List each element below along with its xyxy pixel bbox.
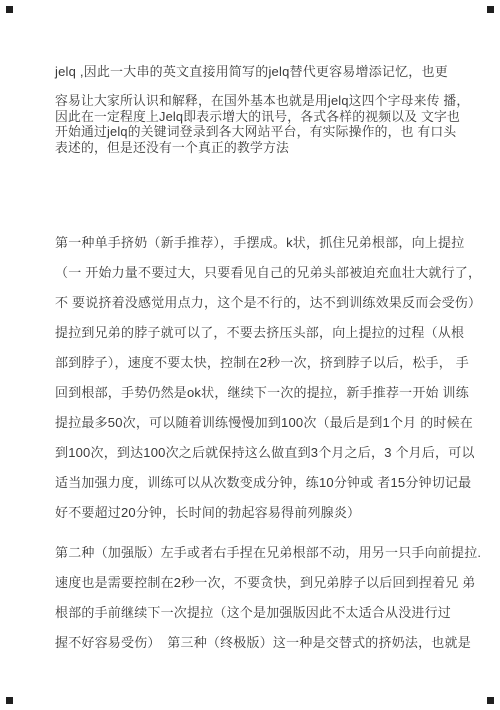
text-line: jelq ,因此一大串的英文直接用简写的jelq替代更容易增添记忆，也更 [55,62,465,82]
corner-mark-bottom-right [487,697,494,704]
text-line: 提拉最多50次，可以随着训练慢慢加到100次（最后是到1个月 的时候在 [55,408,465,438]
paragraph-method-two-three: 第二种（加强版）左手或者右手捏在兄弟根部不动，用另一只手向前提拉. 速度也是需要… [55,538,465,658]
text-line: 表述的，但是还没有一个真正的教学方法 [55,140,465,156]
corner-mark-top-left [6,6,13,13]
text-line: 握不好容易受伤） 第三种（终极版）这一种是交替式的挤奶法，也就是 [55,628,465,658]
text-line: 因此在一定程度上Jelq即表示增大的讯号，各式各样的视频以及 文字也 [55,109,465,125]
text-line: 到100次，到达100次之后就保持这么做直到3个月之后，3 个月后，可以 [55,438,465,468]
corner-mark-bottom-left [6,697,13,704]
text-line: 好不要超过20分钟，长时间的勃起容易得前列腺炎） [55,498,465,528]
paragraph-method-one: 第一种单手挤奶（新手推荐），手摆成。k状，抓住兄弟根部，向上提拉 （一 开始力量… [55,228,465,528]
text-line: 部到脖子），速度不要太快，控制在2秒一次，挤到脖子以后，松手， 手 [55,348,465,378]
text-line: 开始通过jelq的关键词登录到各大网站平台，有实际操作的，也 有口头 [55,124,465,140]
paragraph-intro-body: 容易让大家所认识和解释，在国外基本也就是用jelq这四个字母来传 播， 因此在一… [55,93,465,155]
text-line: （一 开始力量不要过大，只要看见自己的兄弟头部被迫充血壮大就行了， [55,258,465,288]
text-line: 不 要说挤着没感觉用点力，这个是不行的，达不到训练效果反而会受伤） [55,288,465,318]
paragraph-intro: jelq ,因此一大串的英文直接用简写的jelq替代更容易增添记忆，也更 [55,62,465,82]
text-line: 第二种（加强版）左手或者右手捏在兄弟根部不动，用另一只手向前提拉. [55,538,465,568]
text-line: 适当加强力度，训练可以从次数变成分钟，练10分钟或 者15分钟切记最 [55,468,465,498]
text-line: 回到根部，手势仍然是ok状，继续下一次的提拉，新手推荐一开始 训练 [55,378,465,408]
text-line: 提拉到兄弟的脖子就可以了，不要去挤压头部，向上提拉的过程（从根 [55,318,465,348]
text-line: 速度也是需要控制在2秒一次，不要贪快，到兄弟脖子以后回到捏着兄 弟 [55,568,465,598]
corner-mark-top-right [487,6,494,13]
document-page: jelq ,因此一大串的英文直接用简写的jelq替代更容易增添记忆，也更 容易让… [0,0,500,710]
text-line: 第一种单手挤奶（新手推荐），手摆成。k状，抓住兄弟根部，向上提拉 [55,228,465,258]
text-line: 根部的手前继续下一次提拉（这个是加强版因此不太适合从没进行过 [55,598,465,628]
text-line: 容易让大家所认识和解释，在国外基本也就是用jelq这四个字母来传 播， [55,93,465,109]
